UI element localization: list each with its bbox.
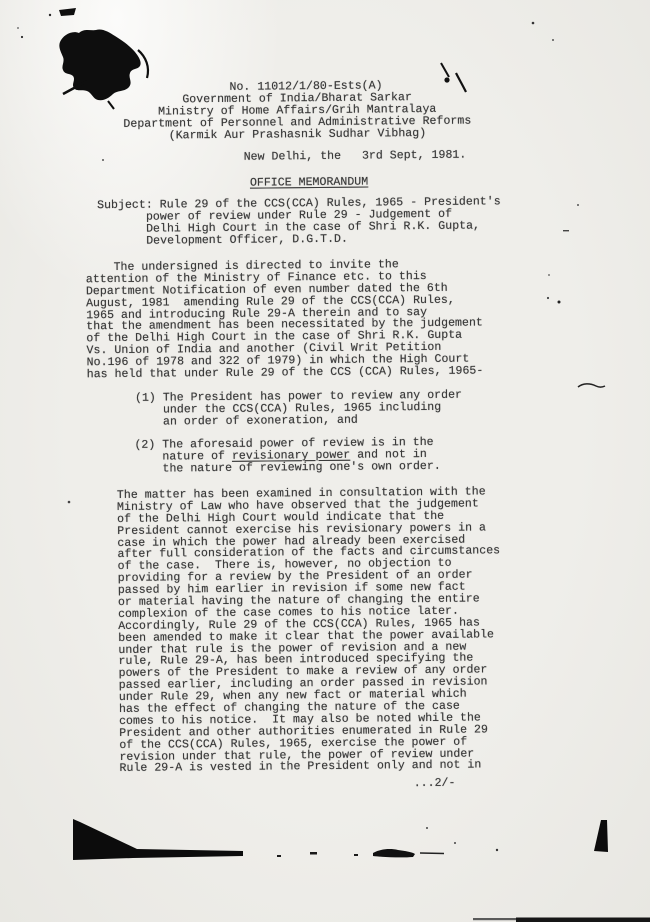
paragraph-2: The matter has been examined in consulta… (117, 486, 502, 775)
text-line: Rule 29-A is vested in the President onl… (119, 760, 502, 776)
page-continuation-mark: ...2/- (414, 778, 456, 790)
subject-block: Subject: Rule 29 of the CCS(CCA) Rules, … (97, 196, 501, 247)
text-line: the nature of reviewing one's own order. (135, 461, 441, 476)
list-item-2: (2) The aforesaid power of review is in … (134, 437, 440, 476)
document-title: OFFICE MEMORANDUM (250, 177, 368, 190)
letterhead: No. 11012/1/80-Ests(A) Government of Ind… (67, 79, 528, 143)
list-item-1: (1) The President has power to review an… (135, 390, 462, 429)
text-line: an order of exoneration, and (135, 413, 462, 428)
paragraph-1: The undersigned is directed to invite th… (86, 258, 484, 381)
title-text: OFFICE MEMORANDUM (250, 176, 368, 190)
organization-lines: Government of India/Bharat SarkarMinistr… (67, 91, 527, 143)
typewritten-content: No. 11012/1/80-Ests(A) Government of Ind… (0, 0, 650, 922)
dateline: New Delhi, the 3rd Sept, 1981. (244, 150, 467, 164)
text-line: Development Officer, D.G.T.D. (97, 232, 501, 248)
text-line: has held that under Rule 29 of the CCS (… (87, 365, 484, 381)
scanned-document-page: No. 11012/1/80-Ests(A) Government of Ind… (0, 0, 650, 922)
